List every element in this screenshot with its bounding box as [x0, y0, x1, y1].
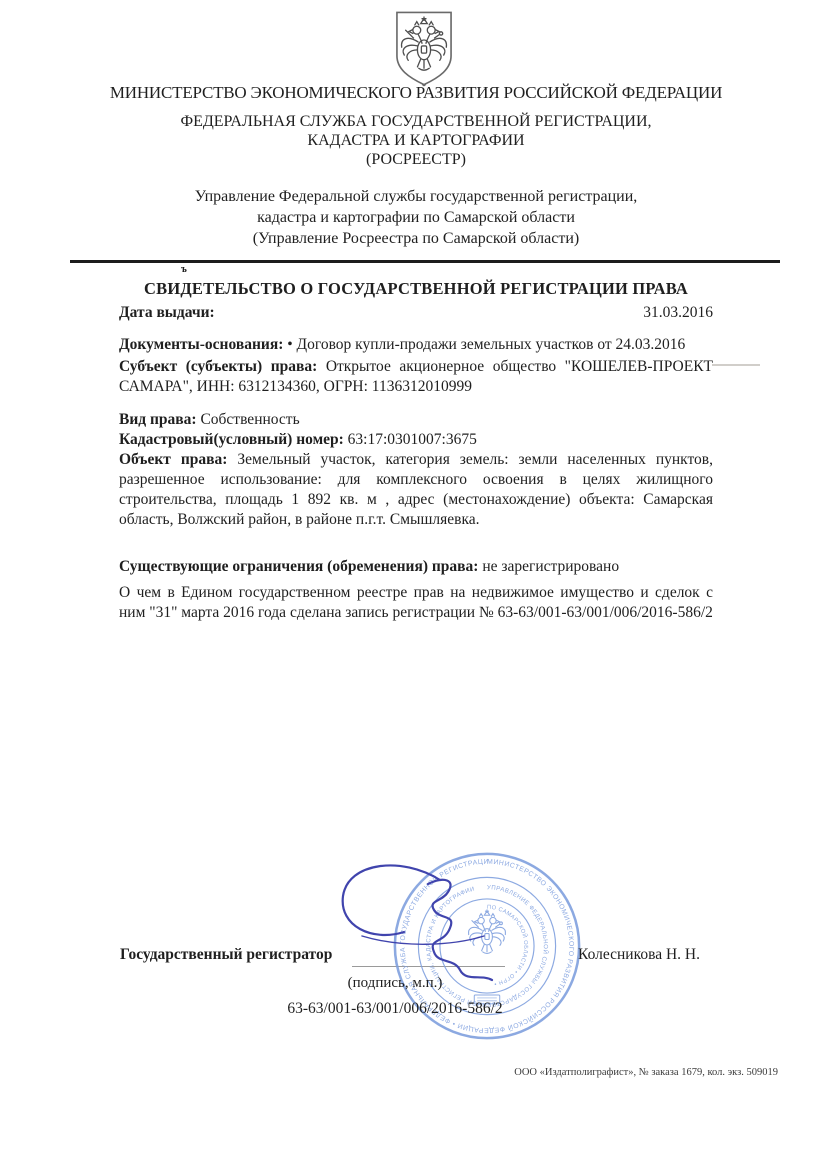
right-type-label: Вид права:	[119, 411, 197, 428]
service-title-line2: КАДАСТРА И КАРТОГРАФИИ	[0, 132, 832, 150]
subject-label: Субъект (субъекты) права:	[119, 358, 317, 375]
cadastral-row: Кадастровый(условный) номер: 63:17:03010…	[119, 430, 713, 450]
registrar-label: Государственный регистратор	[120, 946, 332, 964]
service-title-line3: (РОСРЕЕСТР)	[0, 151, 832, 169]
office-title-line1: Управление Федеральной службы государств…	[0, 188, 832, 206]
grounds-label: Документы-основания:	[119, 336, 283, 353]
document-title: СВИДЕТЕЛЬСТВО О ГОСУДАРСТВЕННОЙ РЕГИСТРА…	[0, 279, 832, 299]
handwritten-signature	[332, 850, 552, 990]
cadastral-label: Кадастровый(условный) номер:	[119, 431, 344, 448]
office-title-line3: (Управление Росреестра по Самарской обла…	[0, 230, 832, 248]
issue-date-row: Дата выдачи: 31.03.2016	[119, 303, 713, 323]
signature-caption: (подпись, м.п.)	[110, 975, 680, 992]
coat-of-arms-icon	[388, 10, 460, 92]
grounds-paragraph: Документы-основания: • Договор купли-про…	[119, 335, 713, 355]
issue-date-label: Дата выдачи:	[119, 303, 215, 323]
object-label: Объект права:	[119, 451, 227, 468]
office-title-line2: кадастра и картографии по Самарской обла…	[0, 209, 832, 227]
subject-paragraph: Субъект (субъекты) права: Открытое акцио…	[119, 357, 713, 397]
scan-artifact-mark: ъ	[181, 264, 187, 275]
ministry-title: МИНИСТЕРСТВО ЭКОНОМИЧЕСКОГО РАЗВИТИЯ РОС…	[0, 83, 832, 103]
cadastral-value: 63:17:0301007:3675	[348, 431, 477, 448]
printer-note: ООО «Издатполиграфист», № заказа 1679, к…	[514, 1067, 778, 1078]
object-paragraph: Объект права: Земельный участок, категор…	[119, 450, 713, 530]
grounds-value: • Договор купли-продажи земельных участк…	[287, 336, 685, 353]
header-divider	[70, 260, 780, 263]
restrictions-label: Существующие ограничения (обременения) п…	[119, 558, 478, 575]
service-title-line1: ФЕДЕРАЛЬНАЯ СЛУЖБА ГОСУДАРСТВЕННОЙ РЕГИС…	[0, 113, 832, 131]
document-body: Дата выдачи: 31.03.2016 Документы-основа…	[119, 303, 713, 623]
restrictions-row: Существующие ограничения (обременения) п…	[119, 557, 713, 577]
restrictions-value: не зарегистрировано	[482, 558, 619, 575]
right-type-row: Вид права: Собственность	[119, 410, 713, 430]
registration-record-paragraph: О чем в Едином государственном реестре п…	[119, 583, 713, 623]
registration-number: 63-63/001-63/001/006/2016-586/2	[110, 1000, 680, 1018]
scan-artifact-line	[712, 364, 760, 366]
issue-date-value: 31.03.2016	[643, 303, 713, 323]
registrar-name: Колесникова Н. Н.	[578, 946, 700, 964]
right-type-value: Собственность	[200, 411, 299, 428]
